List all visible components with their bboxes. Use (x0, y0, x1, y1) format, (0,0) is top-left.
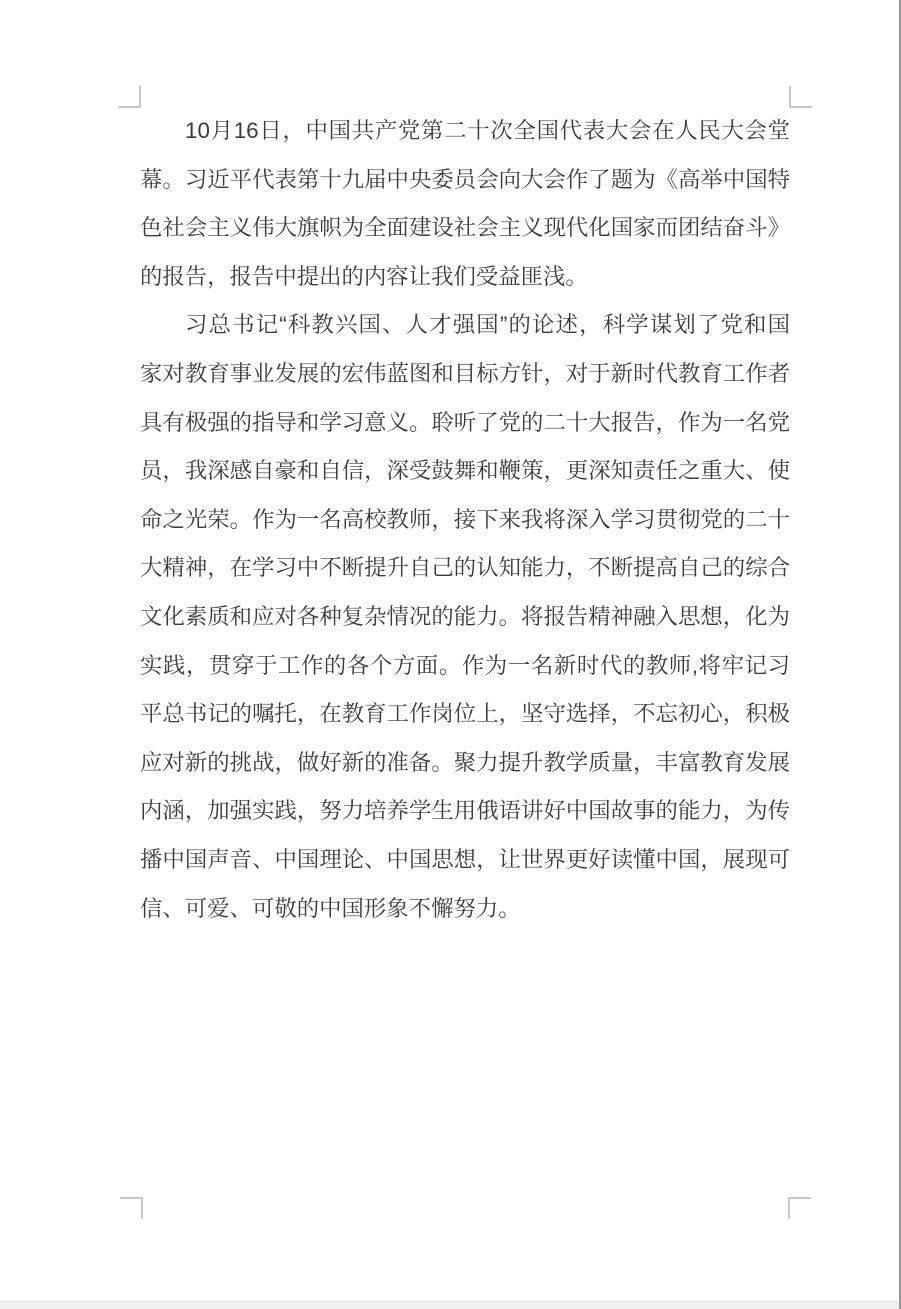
text-boundary-mark-bottom-right (788, 1197, 811, 1219)
document-body: 10月16日，中国共产党第二十次全国代表大会在人民大会堂开幕。习近平代表第十九届… (140, 107, 790, 933)
text-line: 大精神，在学习中不断提升自己的认知能力，不断提高自己的综合 (140, 544, 790, 593)
text-line: 色社会主义伟大旗帜为全面建设社会主义现代化国家而团结奋斗》 (140, 204, 790, 253)
text-line: 实践，贯穿于工作的各个方面。作为一名新时代的教师,将牢记习近 (140, 642, 790, 691)
text-line: 文化素质和应对各种复杂情况的能力。将报告精神融入思想，化为 (140, 593, 790, 642)
text-line: 内涵，加强实践，努力培养学生用俄语讲好中国故事的能力，为传 (140, 787, 790, 836)
text-line: 命之光荣。作为一名高校教师，接下来我将深入学习贯彻党的二十 (140, 496, 790, 545)
document-page: 10月16日，中国共产党第二十次全国代表大会在人民大会堂开幕。习近平代表第十九届… (0, 0, 901, 1309)
text-line: 的报告，报告中提出的内容让我们受益匪浅。 (140, 253, 790, 302)
text-line: 具有极强的指导和学习意义。聆听了党的二十大报告，作为一名党 (140, 399, 790, 448)
text-line: 员，我深感自豪和自信，深受鼓舞和鞭策，更深知责任之重大、使 (140, 447, 790, 496)
paragraph: 习总书记“科教兴国、人才强国”的论述，科学谋划了党和国家对教育事业发展的宏伟蓝图… (140, 301, 790, 933)
text-boundary-mark-top-right (789, 86, 812, 108)
bottom-edge-bar (0, 1301, 901, 1309)
text-line: 播中国声音、中国理论、中国思想，让世界更好读懂中国，展现可 (140, 836, 790, 885)
text-boundary-mark-top-left (118, 86, 141, 108)
text-line: 10月16日，中国共产党第二十次全国代表大会在人民大会堂开 (140, 107, 790, 156)
text-line: 习总书记“科教兴国、人才强国”的论述，科学谋划了党和国 (140, 301, 790, 350)
paragraph: 10月16日，中国共产党第二十次全国代表大会在人民大会堂开幕。习近平代表第十九届… (140, 107, 790, 301)
text-boundary-mark-bottom-left (120, 1197, 143, 1219)
text-line: 应对新的挑战，做好新的准备。聚力提升教学质量，丰富教育发展 (140, 739, 790, 788)
text-line: 平总书记的嘱托，在教育工作岗位上，坚守选择，不忘初心，积极 (140, 690, 790, 739)
text-line: 家对教育事业发展的宏伟蓝图和目标方针，对于新时代教育工作者 (140, 350, 790, 399)
text-line: 幕。习近平代表第十九届中央委员会向大会作了题为《高举中国特 (140, 156, 790, 205)
text-line: 信、可爱、可敬的中国形象不懈努力。 (140, 885, 790, 934)
